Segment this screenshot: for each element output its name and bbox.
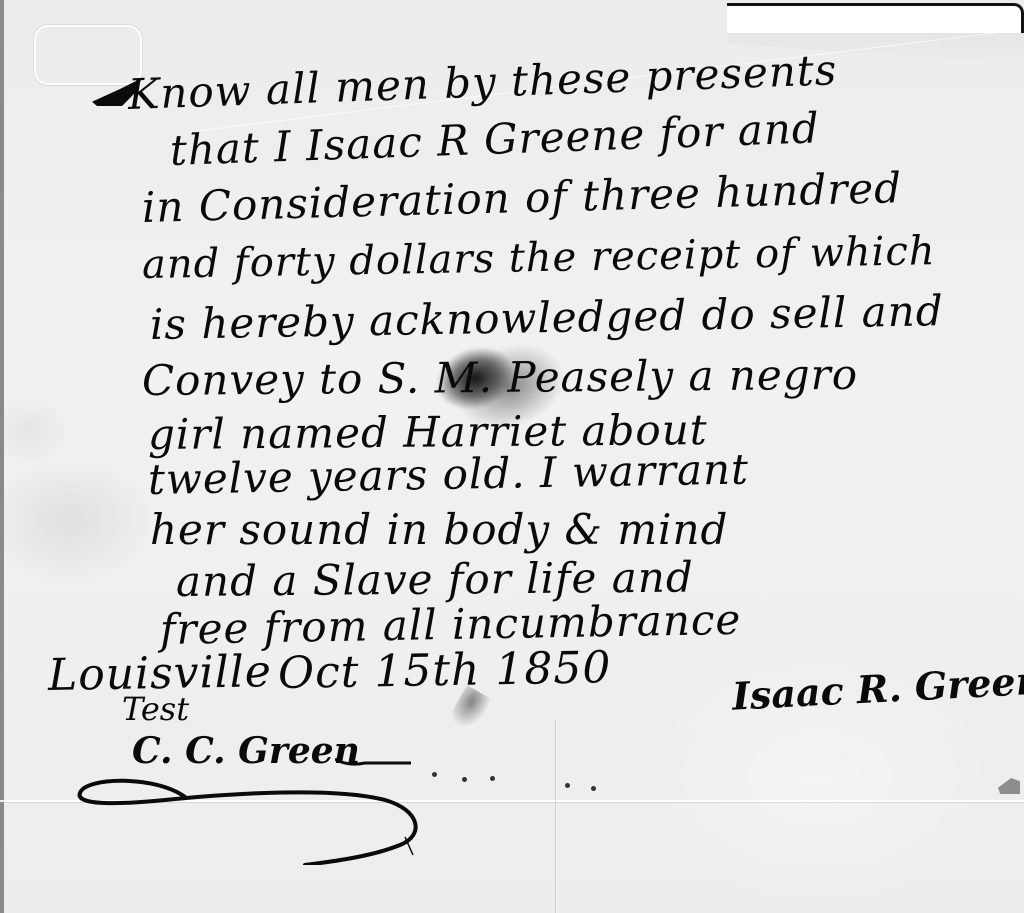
embossed-stamp [34, 25, 142, 85]
scanned-document: Know all men by these presents that I Is… [0, 0, 1024, 913]
witness-label: Test [122, 690, 189, 728]
edge-ink-blot [998, 778, 1020, 794]
document-line-6: Convey to S. M. Peasely a negro [142, 350, 858, 405]
document-line-8: twelve years old. I warrant [148, 445, 750, 504]
signature-flourish [75, 775, 435, 865]
witness-underline [335, 755, 415, 767]
document-line-9: her sound in body & mind [150, 505, 728, 554]
witness-signature: C. C. Green [132, 730, 360, 772]
document-line-4: and forty dollars the receipt of which [142, 228, 936, 288]
document-line-3: in Consideration of three hundred [141, 163, 902, 232]
page-edge [0, 0, 4, 913]
document-line-5: is hereby acknowledged do sell and [150, 286, 944, 349]
signature-isaac-greene: Isaac R. Greene [731, 656, 1024, 718]
folded-corner [727, 3, 1024, 33]
dateline-date: Oct 15th 1850 [278, 642, 612, 699]
vertical-fold [555, 720, 556, 913]
